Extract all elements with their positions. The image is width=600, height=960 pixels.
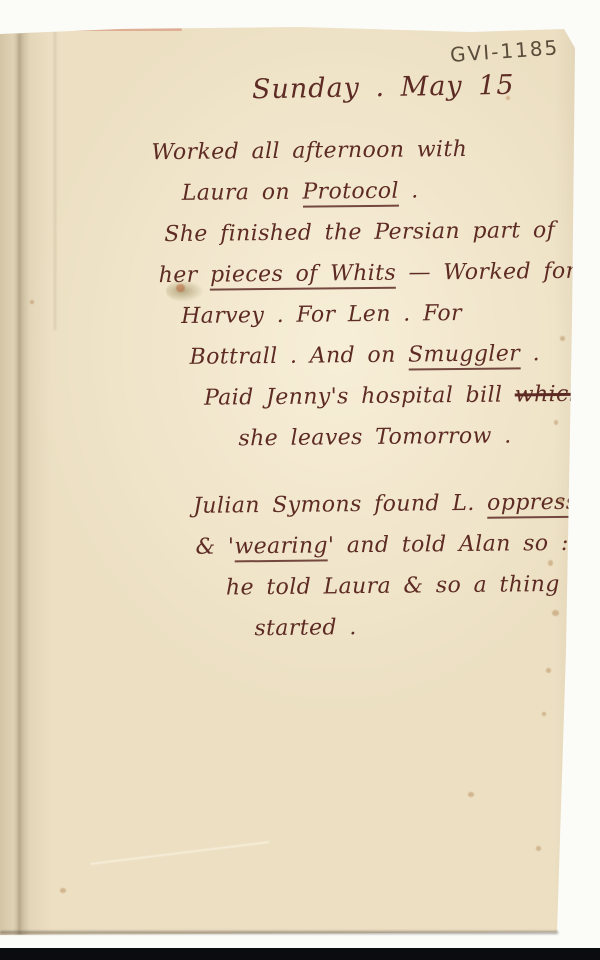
struck-out-word: which	[515, 382, 584, 408]
handwriting-text: Paid Jenny's hospital bill	[204, 382, 515, 410]
paper-crease	[91, 841, 270, 865]
handwriting-text: ;	[583, 382, 600, 407]
handwriting-text: .	[520, 341, 540, 366]
handwriting-line: Julian Symons found L. oppressive	[193, 490, 583, 535]
handwriting-line: started .	[254, 613, 584, 657]
binding-crease	[18, 34, 22, 934]
handwriting-text: started .	[254, 615, 357, 641]
handwriting-text: Julian Symons found L.	[193, 491, 487, 519]
underlined-word: pieces of Whits	[210, 261, 396, 291]
handwriting-line: Paid Jenny's hospital bill which ;	[204, 382, 582, 427]
underlined-word: Protocol	[302, 179, 399, 208]
foxing-spot	[30, 300, 34, 304]
handwriting-text: Laura on	[182, 180, 303, 206]
foxing-spot	[536, 846, 541, 851]
foxing-spot	[542, 712, 546, 716]
handwriting-line: he told Laura & so a thing	[226, 572, 584, 617]
handwriting-line: & 'wearing' and told Alan so :	[195, 531, 583, 576]
handwriting-text: ' and told Alan so :	[328, 531, 569, 559]
handwriting-text: she leaves Tomorrow .	[238, 423, 511, 451]
handwriting-text: .	[399, 178, 419, 203]
handwriting-line: her pieces of Whits — Worked for	[159, 259, 581, 304]
handwriting-line: She finished the Persian part of	[164, 218, 580, 263]
page-edge-shadow	[0, 931, 558, 934]
handwriting-line: Laura on Protocol .	[182, 177, 580, 222]
handwriting-text: She finished the Persian part of	[164, 218, 555, 247]
handwriting-line: Bottrall . And on Smuggler .	[189, 341, 581, 386]
archive-reference: GVI-1185	[449, 33, 590, 67]
handwriting-line: Harvey . For Len . For	[181, 300, 581, 345]
foxing-spot	[546, 668, 551, 673]
handwriting-line: Worked all afternoon with	[151, 136, 579, 181]
handwriting-text: her	[159, 263, 211, 289]
top-edge-smudge	[72, 28, 182, 31]
handwriting-text: he told Laura & so a thing	[226, 572, 560, 600]
diary-lines: Worked all afternoon withLaura on Protoc…	[149, 136, 584, 658]
handwriting-line: she leaves Tomorrow .	[238, 423, 582, 468]
handwriting-text: — Worked for	[396, 259, 577, 286]
handwriting-text: Bottrall . And on	[189, 343, 408, 370]
foxing-spot	[60, 888, 66, 893]
diary-date-heading: Sunday . May 15	[252, 70, 515, 106]
underlined-word: oppressive	[487, 489, 600, 518]
handwriting-text: Worked all afternoon with	[151, 137, 467, 165]
scanner-bed-strip	[0, 948, 600, 960]
handwriting-text: & '	[195, 534, 234, 559]
foxing-spot	[468, 792, 474, 797]
diary-page: GVI-1185 Sunday . May 15 Worked all afte…	[0, 0, 600, 960]
handwriting-text: Harvey . For Len . For	[181, 301, 462, 329]
underlined-word: Smuggler	[408, 341, 520, 370]
paper-crease	[54, 30, 56, 330]
underlined-word: wearing	[234, 533, 328, 562]
diary-scan: GVI-1185 Sunday . May 15 Worked all afte…	[0, 0, 600, 960]
